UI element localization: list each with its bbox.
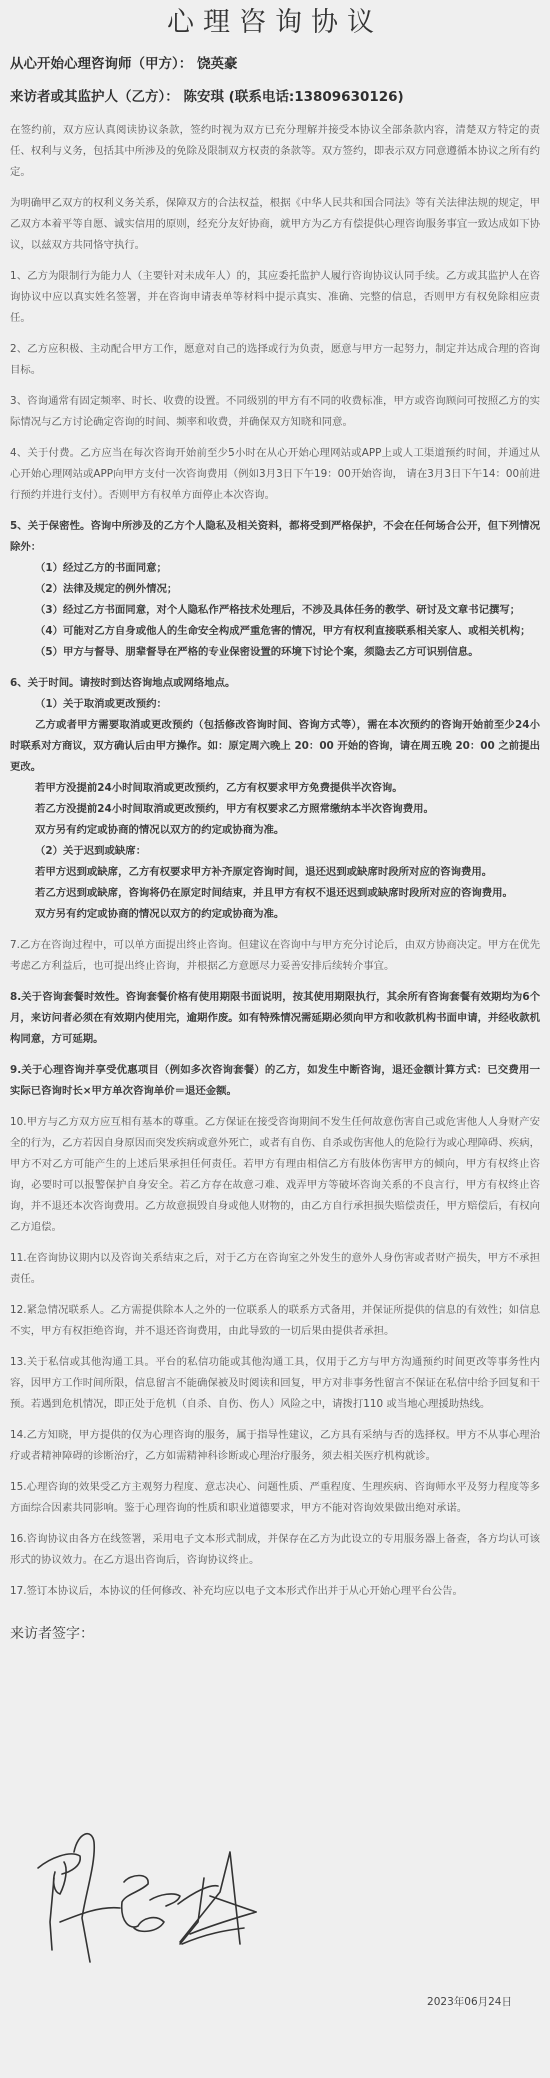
clause-5-item: （2）法律及规定的例外情况； <box>10 579 540 600</box>
clause-5-item: （1）经过乙方的书面同意； <box>10 558 540 579</box>
intro-paragraph-2: 为明确甲乙双方的权利义务关系，保障双方的合法权益，根据《中华人民共和国合同法》等… <box>10 193 540 256</box>
clause-5-lead: 5、关于保密性。咨询中所涉及的乙方个人隐私及相关资料，都将受到严格保护，不会在任… <box>10 516 540 558</box>
clause-7: 7.乙方在咨询过程中，可以单方面提出终止咨询。但建议在咨询中与甲方充分讨论后，由… <box>10 935 540 977</box>
clause-6-sub2-line: 若甲方迟到或缺席，乙方有权要求甲方补齐原定咨询时间，退还迟到或缺席时段所对应的咨… <box>10 862 540 883</box>
clause-6-sub2-line: 双方另有约定或协商的情况以双方的约定或协商为准。 <box>10 904 540 925</box>
clause-5-item: （5）甲方与督导、朋辈督导在严格的专业保密设置的环境下讨论个案，须隐去乙方可识别… <box>10 642 540 663</box>
clause-6-sub1-line: 乙方或者甲方需要取消或更改预约（包括修改咨询时间、咨询方式等），需在本次预约的咨… <box>10 715 540 778</box>
clause-2: 2、乙方应积极、主动配合甲方工作，愿意对自己的选择或行为负责，愿意与甲方一起努力… <box>10 339 540 381</box>
party-b-client: 来访者或其监护人（乙方）： 陈安琪 (联系电话:13809630126) <box>10 88 540 106</box>
clause-6-sub1-line: 若乙方没提前24小时间取消或更改预约，甲方有权要求乙方照常缴纳本半次咨询费用。 <box>10 799 540 820</box>
clause-6-sub1-line: 若甲方没提前24小时间取消或更改预约，乙方有权要求甲方免费提供半次咨询。 <box>10 778 540 799</box>
clause-3: 3、咨询通常有固定频率、时长、收费的设置。不同级别的甲方有不同的收费标准，甲方或… <box>10 391 540 433</box>
clause-6-sub1-line: 双方另有约定或协商的情况以双方的约定或协商为准。 <box>10 820 540 841</box>
page-title: 心理咨询协议 <box>10 0 540 42</box>
party-a-counselor: 从心开始心理咨询师（甲方）： 饶英豪 <box>10 55 540 73</box>
signing-date: 2023年06月24日 <box>427 1994 512 2009</box>
clause-5-item: （3）经过乙方书面同意，对个人隐私作严格技术处理后，不涉及具体任务的教学、研讨及… <box>10 600 540 621</box>
handwritten-signature <box>30 1822 270 1972</box>
clause-4: 4、关于付费。乙方应当在每次咨询开始前至少5小时在从心开始心理网站或APP上或人… <box>10 443 540 506</box>
clause-5-item: （4）可能对乙方自身或他人的生命安全构成严重危害的情况，甲方有权利直接联系相关家… <box>10 621 540 642</box>
clause-6-lead: 6、关于时间。请按时到达咨询地点或网络地点。 <box>10 673 540 694</box>
clause-10: 10.甲方与乙方双方应互相有基本的尊重。乙方保证在接受咨询期间不发生任何故意伤害… <box>10 1112 540 1238</box>
clause-16: 16.咨询协议由各方在线签署，采用电子文本形式制成，并保存在乙方为此设立的专用服… <box>10 1529 540 1571</box>
clause-14: 14.乙方知晓，甲方提供的仅为心理咨询的服务，属于指导性建议，乙方具有采纳与否的… <box>10 1425 540 1467</box>
clause-6-sub1-title: （1）关于取消或更改预约： <box>10 694 540 715</box>
clause-9: 9.关于心理咨询并享受优惠项目（例如多次咨询套餐）的乙方，如发生中断咨询，退还金… <box>10 1060 540 1102</box>
clause-6-sub2-title: （2）关于迟到或缺席： <box>10 841 540 862</box>
intro-paragraph-1: 在签约前，双方应认真阅读协议条款，签约时视为双方已充分理解并接受本协议全部条款内… <box>10 120 540 183</box>
clause-1: 1、乙方为限制行为能力人（主要针对未成年人）的，其应委托监护人履行咨询协议认同手… <box>10 266 540 329</box>
clause-13: 13.关于私信或其他沟通工具。平台的私信功能或其他沟通工具，仅用于乙方与甲方沟通… <box>10 1352 540 1415</box>
clause-15: 15.心理咨询的效果受乙方主观努力程度、意志决心、问题性质、严重程度、生理疾病、… <box>10 1477 540 1519</box>
clause-5-confidentiality: 5、关于保密性。咨询中所涉及的乙方个人隐私及相关资料，都将受到严格保护，不会在任… <box>10 516 540 663</box>
client-signature-label: 来访者签字： <box>10 1624 540 1644</box>
agreement-document: 心理咨询协议 从心开始心理咨询师（甲方）： 饶英豪 来访者或其监护人（乙方）： … <box>0 0 550 1644</box>
clause-8: 8.关于咨询套餐时效性。咨询套餐价格有使用期限书面说明，按其使用期限执行，其余所… <box>10 987 540 1050</box>
clause-6-time: 6、关于时间。请按时到达咨询地点或网络地点。 （1）关于取消或更改预约： 乙方或… <box>10 673 540 925</box>
clause-17: 17.签订本协议后，本协议的任何修改、补充均应以电子文本形式作出并于从心开始心理… <box>10 1581 540 1602</box>
clause-12: 12.紧急情况联系人。乙方需提供除本人之外的一位联系人的联系方式备用，并保证所提… <box>10 1300 540 1342</box>
clause-6-sub2-line: 若乙方迟到或缺席，咨询将仍在原定时间结束，并且甲方有权不退还迟到或缺席时段所对应… <box>10 883 540 904</box>
clause-11: 11.在咨询协议期内以及咨询关系结束之后，对于乙方在咨询室之外发生的意外人身伤害… <box>10 1248 540 1290</box>
